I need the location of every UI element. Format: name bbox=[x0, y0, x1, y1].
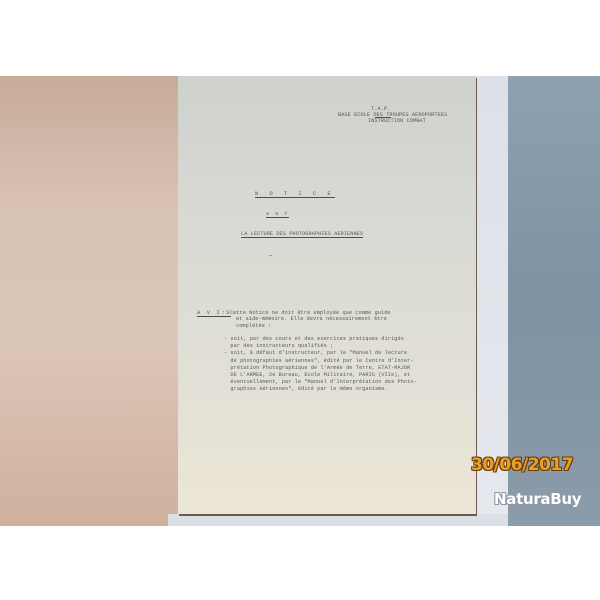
notice-intro-line: complétée : bbox=[236, 323, 271, 329]
notice-colon: : bbox=[222, 310, 225, 316]
brand-watermark: NaturaBuy bbox=[494, 490, 581, 508]
notice-item-line: de photographies aériennes", édité par l… bbox=[224, 358, 414, 364]
notice-item-line: - soit, par des cours et des exercices p… bbox=[224, 336, 404, 342]
notice-item-line: - soit, à défaut d'instructeur, par le "… bbox=[224, 350, 407, 356]
title-subject: LA LECTURE DES PHOTOGRAPHIES AERIENNES bbox=[241, 231, 363, 238]
header-underline bbox=[375, 117, 391, 118]
notice-item-line: éventuellement, par le "Manuel d'Interpr… bbox=[224, 379, 417, 385]
document-page: T.A.P. BASE ECOLE DES TROUPES AEROPORTEE… bbox=[178, 76, 476, 514]
title-dash: — bbox=[269, 253, 272, 259]
notice-item-line: prétation Photographique de l'Armée de T… bbox=[224, 365, 410, 371]
header-line-3: INSTRUCTION COMBAT bbox=[368, 118, 426, 124]
notice-item-line: par des instructeurs qualifiés ; bbox=[224, 343, 333, 349]
notice-item-line: DE L'ARMEE, 2e Bureau, Ecole Militaire, … bbox=[224, 372, 410, 378]
title-connector: s u r bbox=[266, 211, 289, 218]
notice-label: A V I S bbox=[197, 310, 231, 317]
booklet-cover bbox=[0, 76, 180, 526]
notice-title: N O T I C E bbox=[255, 191, 335, 198]
table-surface bbox=[168, 514, 508, 526]
date-watermark: 30/06/2017 bbox=[471, 455, 573, 475]
notice-item-line: graphies Aériennes", édité par le même o… bbox=[224, 386, 388, 392]
